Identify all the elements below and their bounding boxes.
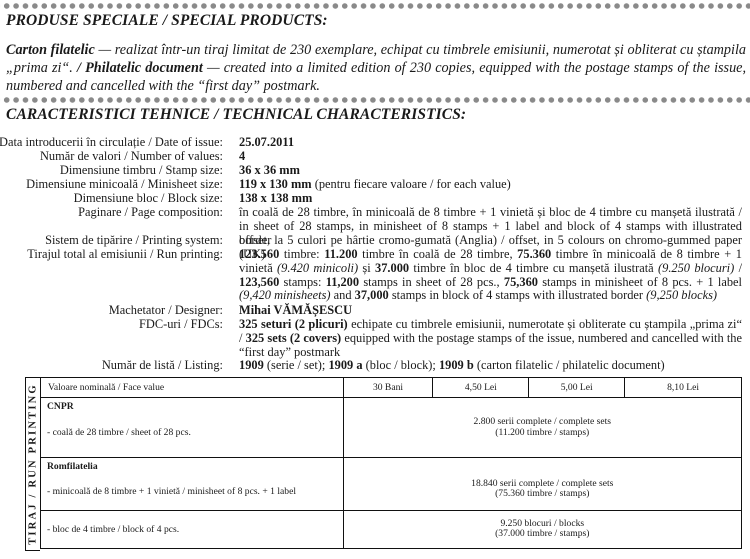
spec-value: 1909 (serie / set); 1909 a (bloc / block… — [239, 359, 742, 373]
row-quantity: 9.250 blocuri / blocks (37.000 timbre / … — [343, 510, 741, 548]
designer-name: Mihai VĂMĂȘESCU — [239, 303, 352, 317]
spec-value: 325 seturi (2 plicuri) echipate cu timbr… — [239, 318, 742, 359]
run-text: stamps in sheet of 28 pcs., — [359, 275, 504, 289]
quantity-line2: (11.200 timbre / stamps) — [344, 428, 741, 439]
run-printing-table: TIRAJ / RUN PRINTING Valoare nominală / … — [25, 377, 742, 551]
listing-text: (serie / set); — [264, 358, 329, 372]
row-quantity: 18.840 serii complete / complete sets (7… — [343, 458, 741, 510]
spec-label: Număr de listă / Listing: — [102, 359, 223, 373]
run-sheet-en: 11,200 — [326, 275, 359, 289]
spec-value: Mihai VĂMĂȘESCU — [239, 304, 742, 318]
row-group-title: Romfilatelia — [47, 458, 343, 472]
run-text: stamps in block of 4 stamps with illustr… — [389, 288, 646, 302]
special-products-description: Carton filatelic — realizat într-un tira… — [6, 41, 746, 95]
run-printing-grid: Valoare nominală / Face value 30 Bani 4,… — [40, 377, 742, 549]
stamp-size-value: 36 x 36 mm — [239, 163, 300, 177]
face-value-cell: 30 Bani — [343, 378, 433, 398]
quantity-line2: (37.000 timbre / stamps) — [344, 529, 741, 540]
run-total-en: 123,560 — [239, 275, 279, 289]
spec-value: 119 x 130 mm (pentru fiecare valoare / f… — [239, 178, 742, 192]
table-row: Romfilatelia - minicoală de 8 timbre + 1… — [41, 458, 742, 510]
spec-label: Data introducerii în circulație / Date o… — [0, 136, 223, 150]
run-text: și — [358, 261, 375, 275]
fdc-count-en: 325 sets (2 covers) — [246, 331, 342, 345]
dotted-divider — [0, 2, 750, 10]
minisheet-size-note: (pentru fiecare valoare / for each value… — [312, 177, 511, 191]
run-mini-count-en: (9,420 minisheets) — [239, 288, 331, 302]
row-item-label: - minicoală de 8 timbre + 1 vinietă / mi… — [47, 472, 343, 497]
table-header-row: Valoare nominală / Face value 30 Bani 4,… — [41, 378, 742, 398]
listing-document: 1909 b — [439, 358, 474, 372]
spec-value: 36 x 36 mm — [239, 164, 742, 178]
spec-label: Dimensiune timbru / Stamp size: — [60, 164, 223, 178]
run-block-count-en: (9,250 blocks) — [646, 288, 717, 302]
quantity-line2: (75.360 timbre / stamps) — [344, 489, 741, 500]
dotted-divider — [0, 96, 750, 104]
listing-text: (bloc / block); — [363, 358, 439, 372]
run-block-en: 37,000 — [355, 288, 389, 302]
run-block-count-ro: (9.250 blocuri) — [658, 261, 734, 275]
row-item-label: - bloc de 4 timbre / block of 4 pcs. — [47, 524, 343, 535]
listing-text: (carton filatelic / philatelic document) — [474, 358, 665, 372]
spec-label: Număr de valori / Number of values: — [40, 150, 223, 164]
run-mini-en: 75,360 — [504, 275, 538, 289]
run-total-ro: 123.560 — [239, 247, 279, 261]
run-text: timbre: — [279, 247, 324, 261]
date-value: 25.07.2011 — [239, 135, 294, 149]
values-count: 4 — [239, 149, 245, 163]
row-label: - bloc de 4 timbre / block of 4 pcs. — [41, 510, 344, 548]
ro-title: Carton filatelic — [6, 42, 95, 58]
run-sheet-ro: 11.200 — [324, 247, 357, 261]
spec-value: 138 x 138 mm — [239, 192, 742, 206]
spec-label: Paginare / Page composition: — [78, 206, 223, 220]
row-label: Romfilatelia - minicoală de 8 timbre + 1… — [41, 458, 344, 510]
row-item-label: - coală de 28 timbre / sheet of 28 pcs. — [47, 412, 343, 438]
fdc-count-ro: 325 seturi (2 plicuri) — [239, 317, 348, 331]
listing-set: 1909 — [239, 358, 264, 372]
run-block-ro: 37.000 — [375, 261, 409, 275]
run-text: / — [734, 261, 742, 275]
run-text: and — [331, 288, 355, 302]
run-text: stamps in minisheet of 8 pcs. + 1 label — [538, 275, 742, 289]
run-text: stamps: — [279, 275, 325, 289]
row-group-title: CNPR — [47, 398, 343, 412]
table-row: - bloc de 4 timbre / block of 4 pcs. 9.2… — [41, 510, 742, 548]
run-text: timbre în coală de 28 timbre, — [358, 247, 518, 261]
row-label: CNPR - coală de 28 timbre / sheet of 28 … — [41, 398, 344, 458]
spec-value: 4 — [239, 150, 742, 164]
row-quantity: 2.800 serii complete / complete sets (11… — [343, 398, 741, 458]
face-value-cell: 8,10 Lei — [625, 378, 742, 398]
listing-block: 1909 a — [328, 358, 362, 372]
en-title: / Philatelic document — [77, 60, 203, 76]
block-size-value: 138 x 138 mm — [239, 191, 312, 205]
face-value-cell: 4,50 Lei — [433, 378, 529, 398]
technical-heading: CARACTERISTICI TEHNICE / TECHNICAL CHARA… — [6, 106, 466, 124]
spec-label: Tirajul total al emisiunii / Run printin… — [27, 248, 223, 262]
run-text: timbre în bloc de 4 timbre cu manșetă il… — [409, 261, 658, 275]
run-mini-count-ro: (9.420 minicoli) — [277, 261, 358, 275]
spec-value: 123.560 timbre: 11.200 timbre în coală d… — [239, 248, 742, 303]
face-value-header: Valoare nominală / Face value — [41, 378, 344, 398]
side-label-text: TIRAJ / RUN PRINTING — [28, 383, 39, 545]
face-value-cell: 5,00 Lei — [529, 378, 625, 398]
special-products-heading: PRODUSE SPECIALE / SPECIAL PRODUCTS: — [6, 12, 328, 30]
spec-label: Dimensiune bloc / Block size: — [74, 192, 223, 206]
run-mini-ro: 75.360 — [517, 247, 551, 261]
spec-label: FDC-uri / FDCs: — [139, 318, 223, 332]
spec-label: Machetator / Designer: — [109, 304, 223, 318]
spec-value: 25.07.2011 — [239, 136, 742, 150]
spec-label: Dimensiune minicoală / Minisheet size: — [26, 178, 223, 192]
table-row: CNPR - coală de 28 timbre / sheet of 28 … — [41, 398, 742, 458]
minisheet-size-value: 119 x 130 mm — [239, 177, 312, 191]
spec-label: Sistem de tipărire / Printing system: — [45, 234, 223, 248]
run-printing-side-label: TIRAJ / RUN PRINTING — [25, 377, 40, 551]
